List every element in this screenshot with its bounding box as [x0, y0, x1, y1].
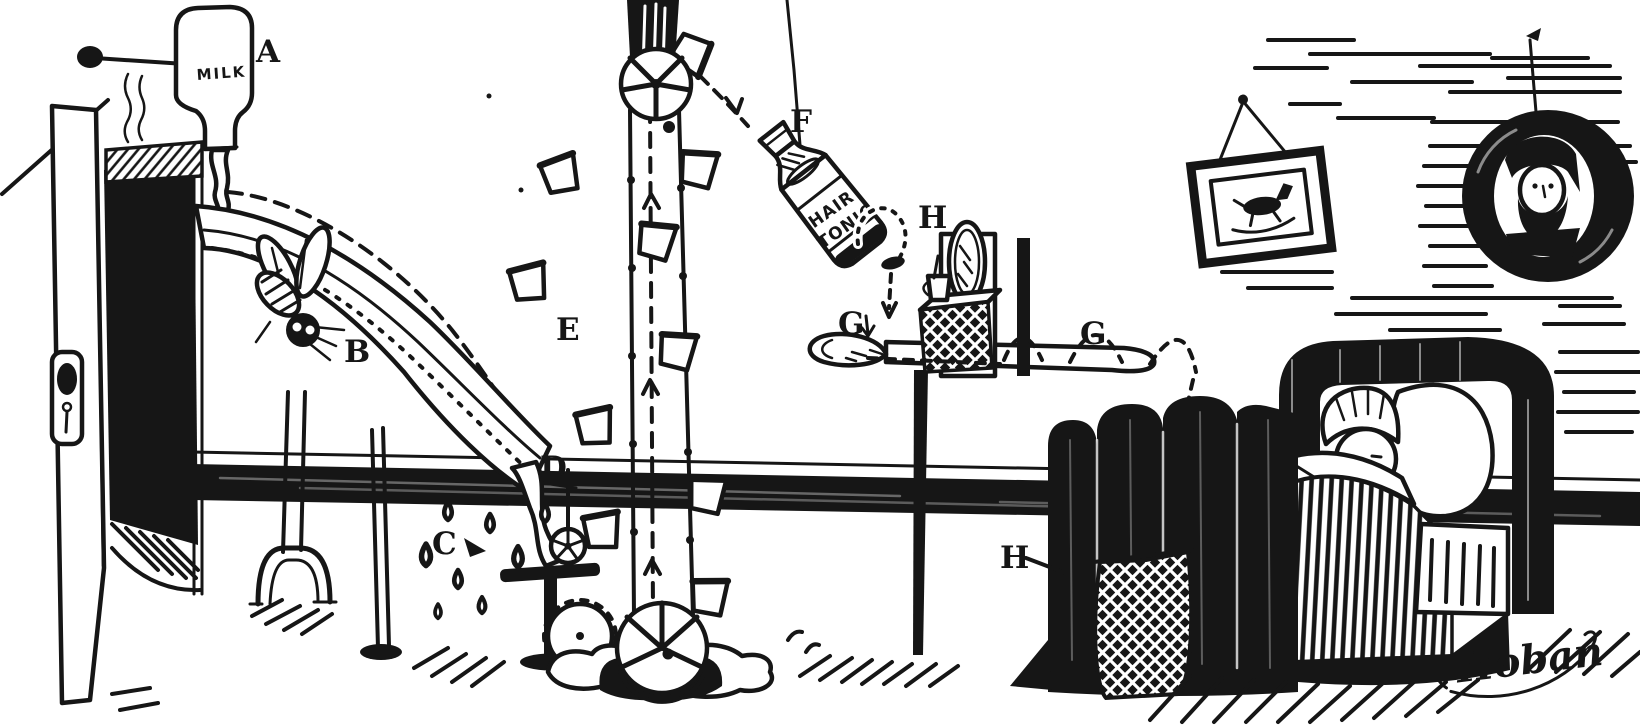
- bottle-text: MILK: [196, 63, 247, 84]
- closed-eye: [1372, 456, 1381, 457]
- callout-a: A: [255, 34, 281, 70]
- rod-knob: [77, 46, 103, 68]
- drawing-canvas: MILK A B: [0, 0, 1640, 728]
- cup: [928, 276, 950, 300]
- callout-c: C: [432, 526, 457, 562]
- callout-f: F: [790, 104, 812, 140]
- callout-e: E: [556, 312, 580, 348]
- woven-basket: [1094, 550, 1192, 698]
- fly-head: [286, 313, 320, 347]
- keyhole-plate: [52, 352, 82, 444]
- door-lintel: [106, 142, 202, 182]
- dark-doorway: [104, 150, 198, 545]
- callout-d: D: [540, 450, 567, 486]
- knot-dot: [663, 121, 675, 133]
- callout-h-stand: H: [918, 200, 947, 236]
- callout-g-hops: G: [1080, 316, 1106, 352]
- callout-b: B: [344, 334, 370, 370]
- cartoon-illustration: MILK A B: [0, 0, 1640, 728]
